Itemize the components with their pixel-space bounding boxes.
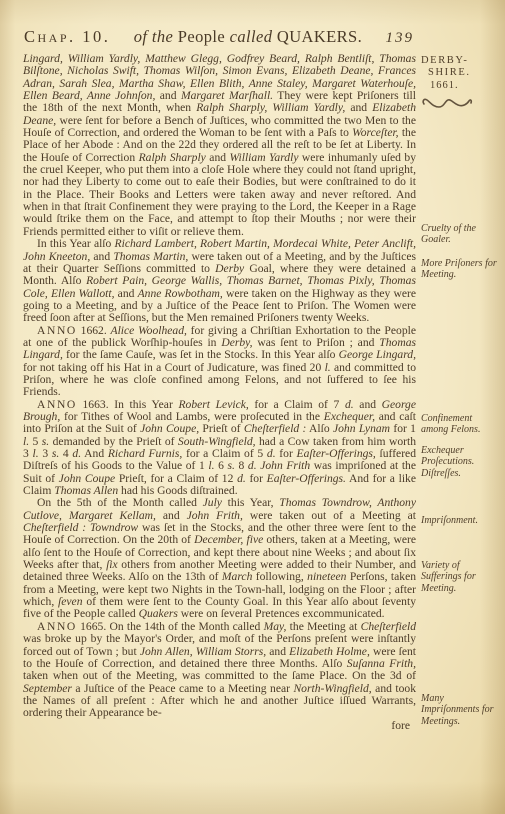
page-number: 139 [386,30,415,47]
flourish-ornament [421,95,473,111]
margin-note: Impriſonment. [421,515,499,526]
body-text-column: Lingard, William Yardly, Matthew Glegg, … [23,53,416,732]
page-header: Chap. 10. of the People called QUAKERS. … [24,27,414,47]
margin-note: Confinement among Felons. [421,413,499,436]
county-year: 1661. [421,79,499,92]
margin-note: Many Impriſonments for Meetings. [421,693,499,727]
paragraph: ANNO 1665. On the 14th of the Month call… [23,621,416,720]
county-heading: DERBY- SHIRE. 1661. [421,55,499,111]
paragraph: In this Year alſo Richard Lambert, Rober… [23,238,416,324]
chapter-label: Chap. 10. [24,27,110,47]
paragraph: ANNO 1663. In this Year Robert Levick, f… [23,399,416,498]
paragraph: ANNO 1662. Alice Woolhead, for giving a … [23,325,416,399]
paragraph: Lingard, William Yardly, Matthew Glegg, … [23,53,416,238]
book-page: Chap. 10. of the People called QUAKERS. … [0,0,505,814]
county-name-line2: SHIRE. [421,67,499,79]
running-title: of the People called QUAKERS. [134,27,362,47]
catchword: fore [23,720,416,732]
margin-note: More Priſoners for Meeting. [421,258,499,281]
margin-note: Variety of Sufferings for Meeting. [421,560,499,594]
margin-note: Exchequer Proſecutions. Diſtreſſes. [421,445,499,479]
margin-note: Cruelty of the Goaler. [421,223,499,246]
county-name-line1: DERBY- [421,55,499,67]
paragraph: On the 5th of the Month called July this… [23,497,416,620]
